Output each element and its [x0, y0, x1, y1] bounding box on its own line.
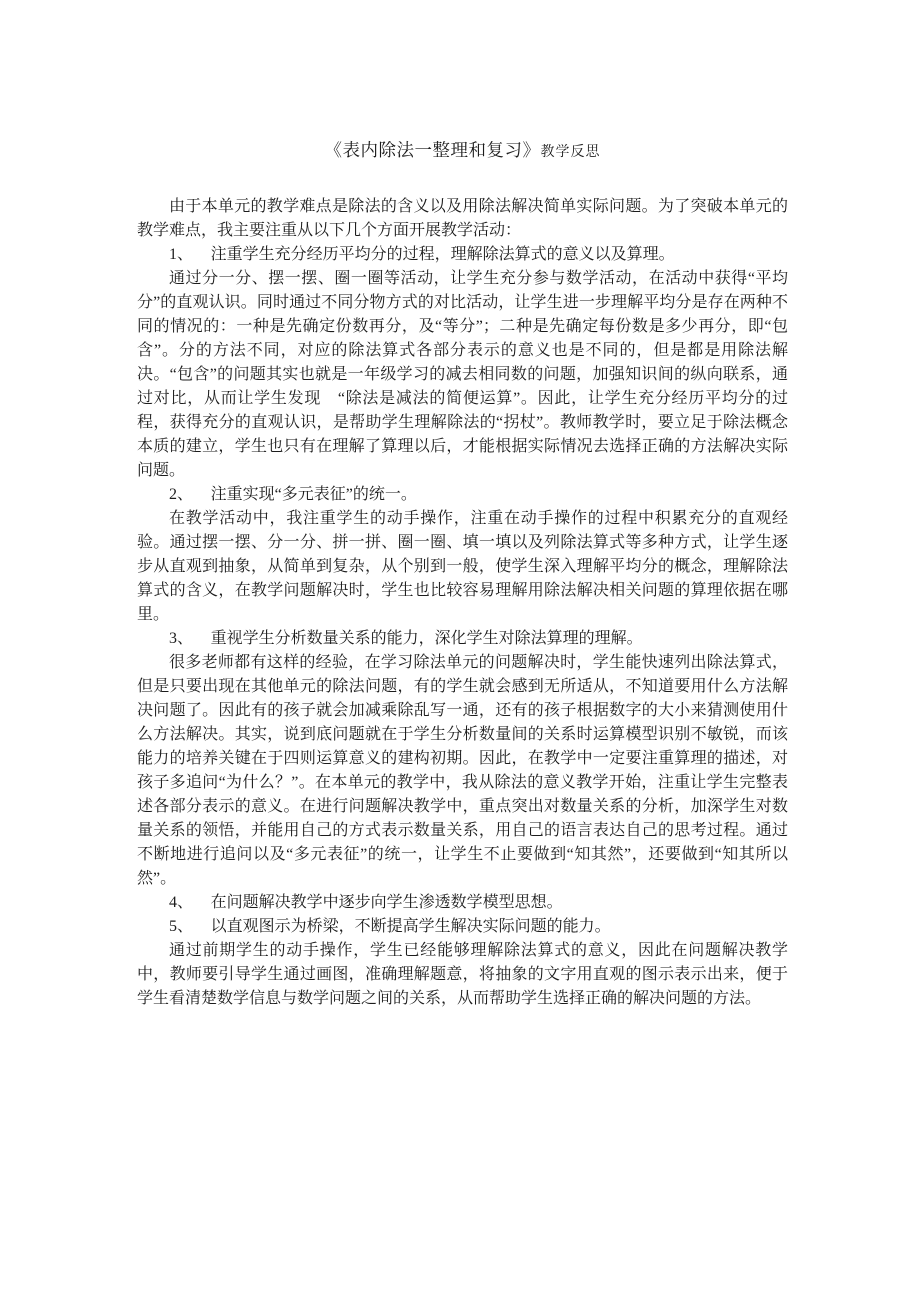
page-title: 《表内除法一整理和复习》教学反思 — [137, 133, 788, 165]
list-item-2: 2、注重实现“多元表征”的统一。 — [137, 483, 788, 507]
title-bracketed-text: 《表内除法一整理和复习》 — [325, 140, 541, 160]
list-item-3: 3、重视学生分析数量关系的能力，深化学生对除法算理的理解。 — [137, 627, 788, 651]
item-number: 3、 — [169, 630, 193, 647]
document-body: 由于本单元的教学难点是除法的含义以及用除法解决简单实际问题。为了突破本单元的教学… — [137, 195, 788, 1011]
list-item-text: 重视学生分析数量关系的能力，深化学生对除法算理的理解。 — [211, 630, 643, 647]
paragraph-intro: 由于本单元的教学难点是除法的含义以及用除法解决简单实际问题。为了突破本单元的教学… — [137, 195, 788, 243]
list-item-text: 注重实现“多元表征”的统一。 — [211, 486, 417, 503]
document-page: 《表内除法一整理和复习》教学反思 由于本单元的教学难点是除法的含义以及用除法解决… — [0, 0, 920, 1302]
list-item-4: 4、在问题解决教学中逐步向学生渗透数学模型思想。 — [137, 891, 788, 915]
paragraph-conclusion: 通过前期学生的动手操作，学生已经能够理解除法算式的意义，因此在问题解决教学中，教… — [137, 939, 788, 1011]
paragraph-point-1-detail: 通过分一分、摆一摆、圈一圈等活动，让学生充分参与数学活动，在活动中获得“平均分”… — [137, 267, 788, 483]
list-item-5: 5、以直观图示为桥梁，不断提高学生解决实际问题的能力。 — [137, 915, 788, 939]
paragraph-point-3-detail: 很多老师都有这样的经验，在学习除法单元的问题解决时，学生能快速列出除法算式，但是… — [137, 651, 788, 891]
item-number: 1、 — [169, 246, 193, 263]
item-number: 4、 — [169, 894, 193, 911]
list-item-1: 1、注重学生充分经历平均分的过程，理解除法算式的意义以及算理。 — [137, 243, 788, 267]
item-number: 5、 — [169, 918, 193, 935]
item-number: 2、 — [169, 486, 193, 503]
paragraph-point-2-detail: 在教学活动中，我注重学生的动手操作，注重在动手操作的过程中积累充分的直观经验。通… — [137, 507, 788, 627]
list-item-text: 以直观图示为桥梁，不断提高学生解决实际问题的能力。 — [211, 918, 611, 935]
title-suffix-text: 教学反思 — [541, 145, 601, 160]
list-item-text: 注重学生充分经历平均分的过程，理解除法算式的意义以及算理。 — [211, 246, 675, 263]
list-item-text: 在问题解决教学中逐步向学生渗透数学模型思想。 — [211, 894, 563, 911]
